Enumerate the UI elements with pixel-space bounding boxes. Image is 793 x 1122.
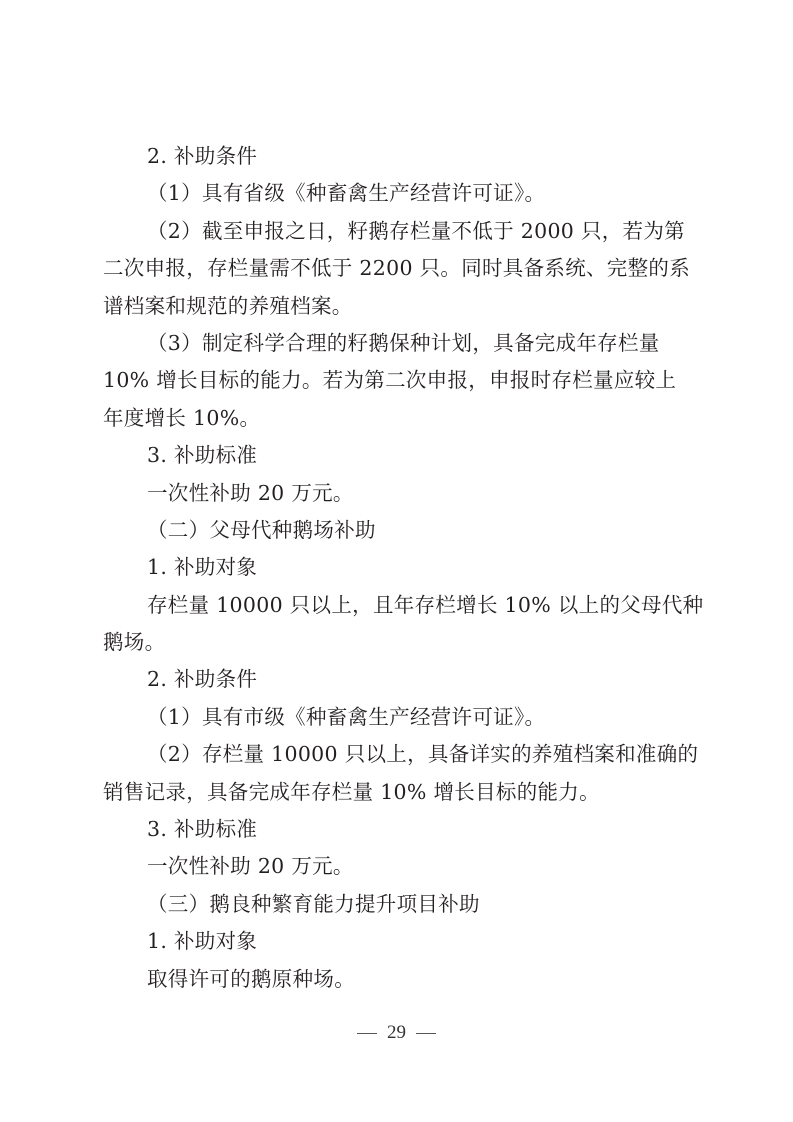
paragraph-line: 一次性补助 20 万元。	[103, 475, 693, 512]
section-heading-parent-farm: （二）父母代种鹅场补助	[103, 512, 693, 549]
paragraph-line: 鹅场。	[103, 624, 693, 661]
paragraph-line: 取得许可的鹅原种场。	[103, 961, 693, 998]
paragraph-line: 年度增长 10%。	[103, 400, 693, 437]
dash-left	[357, 1033, 377, 1034]
paragraph-line: 10% 增长目标的能力。若为第二次申报，申报时存栏量应较上	[103, 362, 693, 399]
paragraph-line: 谱档案和规范的养殖档案。	[103, 288, 693, 325]
paragraph-line: （3）制定科学合理的籽鹅保种计划，具备完成年存栏量	[103, 325, 693, 362]
paragraph-line: （2）截至申报之日，籽鹅存栏量不低于 2000 只，若为第	[103, 213, 693, 250]
paragraph-line: （1）具有市级《种畜禽生产经营许可证》。	[103, 699, 693, 736]
paragraph-line: （2）存栏量 10000 只以上，具备详实的养殖档案和准确的	[103, 736, 693, 773]
page-footer: 29	[0, 1022, 793, 1044]
paragraph-line: 销售记录，具备完成年存栏量 10% 增长目标的能力。	[103, 774, 693, 811]
page-number: 29	[387, 1022, 406, 1043]
section-heading-target: 1. 补助对象	[103, 923, 693, 960]
section-heading-standard: 3. 补助标准	[103, 437, 693, 474]
document-body: 2. 补助条件 （1）具有省级《种畜禽生产经营许可证》。 （2）截至申报之日，籽…	[103, 138, 693, 998]
section-heading-breeding: （三）鹅良种繁育能力提升项目补助	[103, 886, 693, 923]
dash-right	[416, 1033, 436, 1034]
paragraph-line: 一次性补助 20 万元。	[103, 848, 693, 885]
section-heading-conditions: 2. 补助条件	[103, 138, 693, 175]
paragraph-line: 二次申报，存栏量需不低于 2200 只。同时具备系统、完整的系	[103, 250, 693, 287]
section-heading-standard: 3. 补助标准	[103, 811, 693, 848]
paragraph-line: 存栏量 10000 只以上，且年存栏增长 10% 以上的父母代种	[103, 587, 693, 624]
paragraph-line: （1）具有省级《种畜禽生产经营许可证》。	[103, 175, 693, 212]
section-heading-target: 1. 补助对象	[103, 549, 693, 586]
section-heading-conditions: 2. 补助条件	[103, 661, 693, 698]
